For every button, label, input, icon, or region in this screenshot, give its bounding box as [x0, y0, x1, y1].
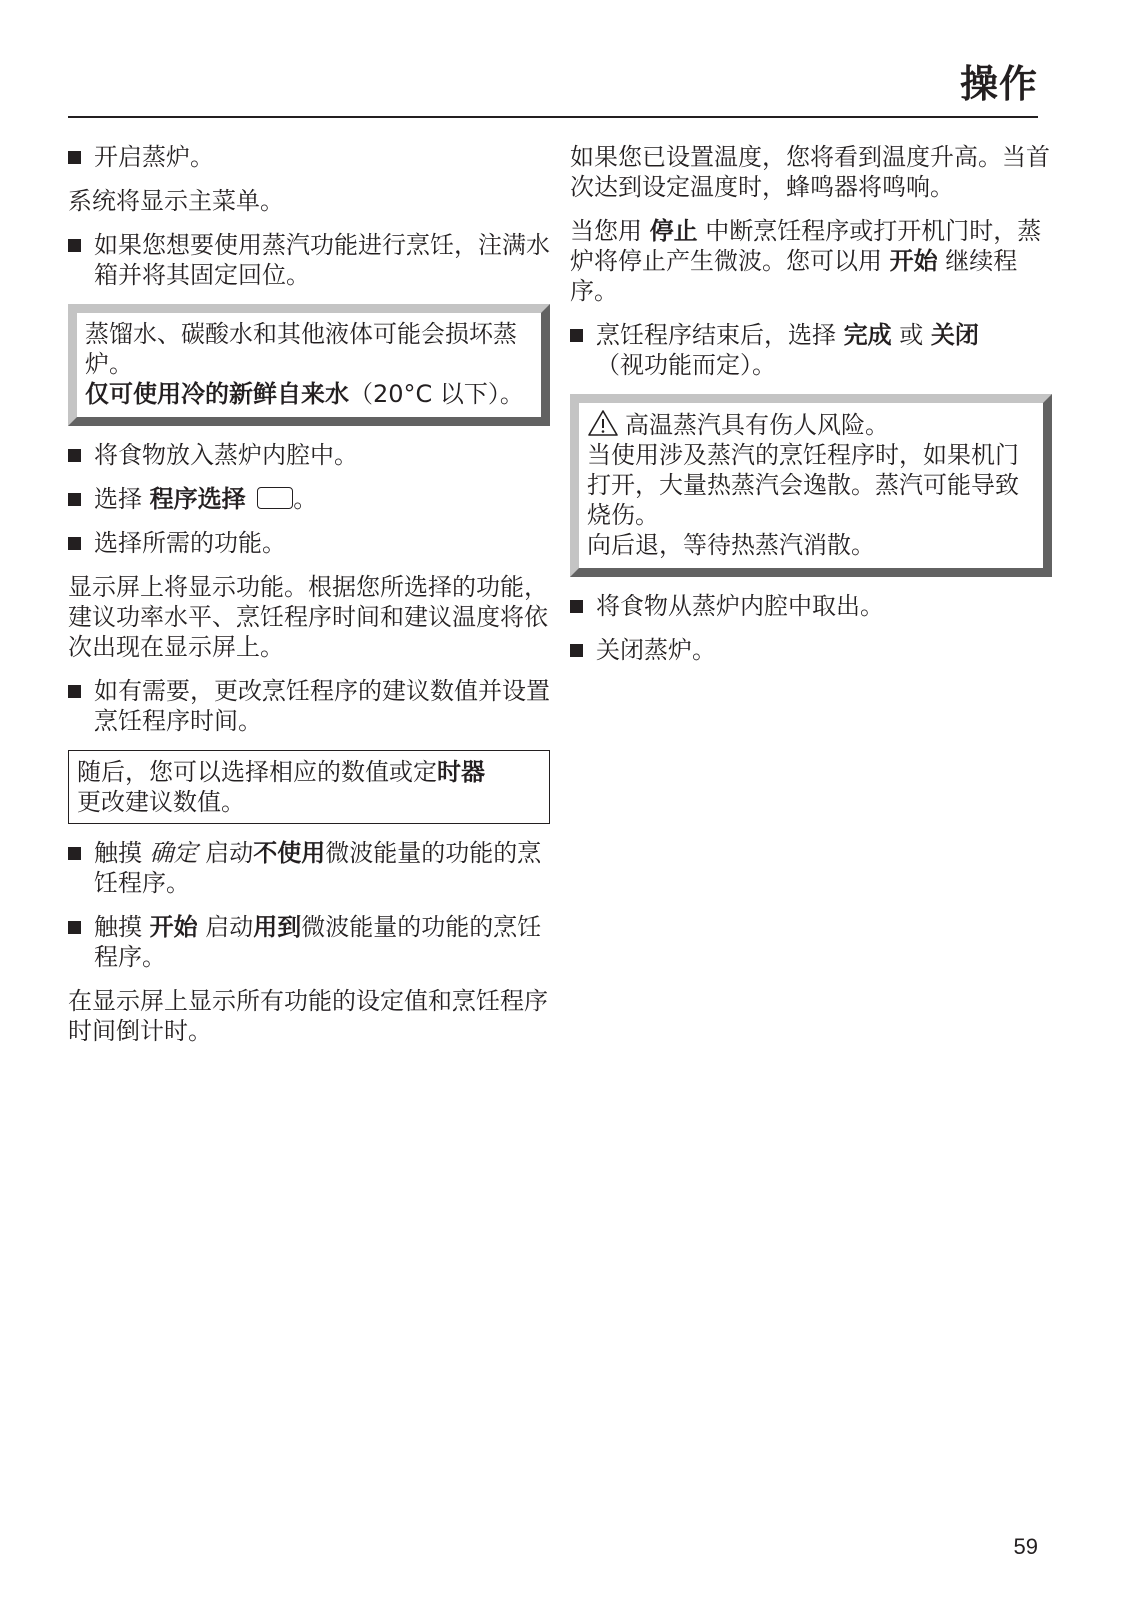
step-place-food: 将食物放入蒸炉内腔中。 [68, 440, 550, 470]
para-prefix: 当您用 [570, 217, 650, 245]
program-button-icon [257, 487, 293, 509]
step-select-program: 选择 程序选择 。 [68, 484, 550, 514]
warning-text: 当使用涉及蒸汽的烹饪程序时，如果机门打开，大量热蒸汽会逸散。蒸汽可能导致烧伤。 [587, 440, 1035, 530]
start-button-label: 开始 [890, 247, 938, 275]
stop-button-label: 停止 [650, 217, 698, 245]
step-bold: 用到 [253, 913, 301, 941]
note-rest: （20°C 以下）。 [349, 380, 524, 408]
bullet-square-icon [68, 921, 81, 934]
step-bold: 不使用 [253, 839, 325, 867]
step-program-end: 烹饪程序结束后，选择 完成 或 关闭（视功能而定）。 [570, 320, 1052, 380]
water-note-box: 蒸馏水、碳酸水和其他液体可能会损坏蒸炉。 仅可使用冷的新鲜自来水（20°C 以下… [68, 304, 550, 426]
warning-action: 向后退，等待热蒸汽消散。 [587, 530, 1035, 560]
temperature-paragraph: 如果您已设置温度，您将看到温度升高。当首次达到设定温度时，蜂鸣器将鸣响。 [570, 142, 1052, 202]
step-prefix: 烹饪程序结束后，选择 [596, 321, 844, 349]
step-middle: 启动 [198, 839, 254, 867]
program-select-label-bold: 选择 [198, 485, 246, 513]
warning-heading-line: 高温蒸汽具有伤人风险。 [587, 409, 1035, 440]
page-title: 操作 [960, 60, 1038, 108]
countdown-paragraph: 在显示屏上显示所有功能的设定值和烹饪程序时间倒计时。 [68, 986, 550, 1046]
step-switch-on: 开启蒸炉。 [68, 142, 550, 172]
step-text: 将食物放入蒸炉内腔中。 [94, 441, 358, 469]
note-rest: 更改建议数值。 [77, 788, 245, 816]
step-prefix: 触摸 [94, 839, 150, 867]
bullet-square-icon [68, 449, 81, 462]
done-button-label: 完成 [844, 321, 892, 349]
bullet-square-icon [570, 329, 583, 342]
step-text: 如果您想要使用蒸汽功能进行烹饪，注满水箱并将其固定回位。 [94, 231, 550, 289]
page-number: 59 [1014, 1534, 1038, 1560]
step-suffix: 。 [293, 485, 317, 513]
note-bold: 时器 [437, 758, 485, 786]
bullet-square-icon [68, 537, 81, 550]
bullet-square-icon [570, 600, 583, 613]
bullet-square-icon [68, 493, 81, 506]
step-change-values: 如有需要，更改烹饪程序的建议数值并设置烹饪程序时间。 [68, 676, 550, 736]
note-line: 蒸馏水、碳酸水和其他液体可能会损坏蒸炉。 [85, 319, 533, 379]
step-or: 或 [892, 321, 931, 349]
step-text: 如有需要，更改烹饪程序的建议数值并设置烹饪程序时间。 [94, 677, 550, 735]
start-button-label: 开始 [150, 913, 198, 941]
bullet-square-icon [68, 151, 81, 164]
bullet-square-icon [68, 239, 81, 252]
stop-paragraph: 当您用 停止 中断烹饪程序或打开机门时，蒸炉将停止产生微波。您可以用 开始 继续… [570, 216, 1052, 306]
note-line: 仅可使用冷的新鲜自来水（20°C 以下）。 [85, 379, 533, 409]
header-divider [68, 116, 1038, 118]
bullet-square-icon [68, 847, 81, 860]
ok-button-label: 确定 [150, 839, 198, 867]
main-menu-paragraph: 系统将显示主菜单。 [68, 186, 550, 216]
step-select-function: 选择所需的功能。 [68, 528, 550, 558]
warning-heading: 高温蒸汽具有伤人风险。 [625, 411, 889, 439]
step-text: 选择所需的功能。 [94, 529, 286, 557]
bullet-square-icon [68, 685, 81, 698]
right-column: 如果您已设置温度，您将看到温度升高。当首次达到设定温度时，蜂鸣器将鸣响。 当您用… [570, 142, 1052, 679]
step-prefix: 选择 [94, 485, 150, 513]
step-text: 开启蒸炉。 [94, 143, 214, 171]
warning-triangle-icon [587, 409, 619, 437]
step-text: 关闭蒸炉。 [596, 636, 716, 664]
display-function-paragraph: 显示屏上将显示功能。根据您所选择的功能，建议功率水平、烹饪程序时间和建议温度将依… [68, 572, 550, 662]
step-text: 将食物从蒸炉内腔中取出。 [596, 592, 884, 620]
off-button-label: 关闭 [931, 321, 979, 349]
bullet-square-icon [570, 644, 583, 657]
step-fill-water: 如果您想要使用蒸汽功能进行烹饪，注满水箱并将其固定回位。 [68, 230, 550, 290]
steam-warning-box: 高温蒸汽具有伤人风险。 当使用涉及蒸汽的烹饪程序时，如果机门打开，大量热蒸汽会逸… [570, 394, 1052, 577]
timer-note-box: 随后，您可以选择相应的数值或定时器更改建议数值。 [68, 750, 550, 824]
step-middle: 启动 [198, 913, 254, 941]
step-switch-off: 关闭蒸炉。 [570, 635, 1052, 665]
program-select-label: 程序 [150, 485, 198, 513]
step-touch-ok: 触摸 确定 启动不使用微波能量的功能的烹饪程序。 [68, 838, 550, 898]
step-suffix: （视功能而定）。 [596, 351, 776, 379]
step-prefix: 触摸 [94, 913, 150, 941]
note-bold: 仅可使用冷的新鲜自来水 [85, 380, 349, 408]
note-text: 随后，您可以选择相应的数值或定 [77, 758, 437, 786]
step-touch-start: 触摸 开始 启动用到微波能量的功能的烹饪程序。 [68, 912, 550, 972]
left-column: 开启蒸炉。 系统将显示主菜单。 如果您想要使用蒸汽功能进行烹饪，注满水箱并将其固… [68, 142, 550, 1060]
step-remove-food: 将食物从蒸炉内腔中取出。 [570, 591, 1052, 621]
